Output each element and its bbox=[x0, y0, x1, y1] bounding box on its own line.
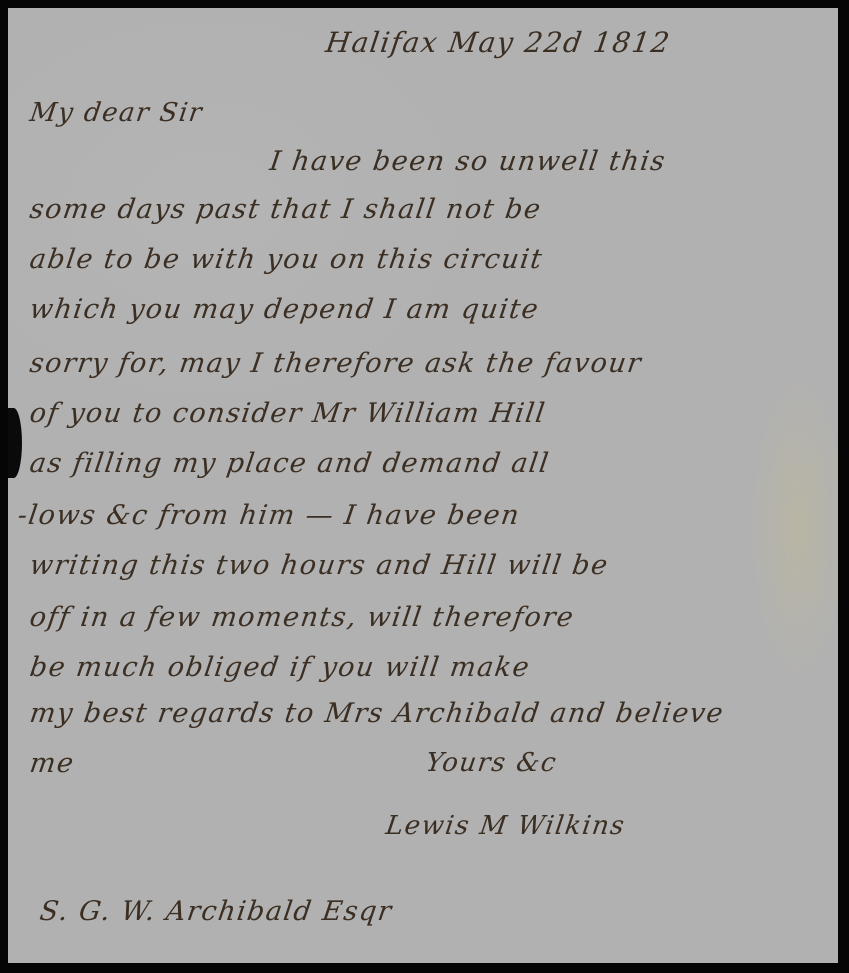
body-line: some days past that I shall not be bbox=[28, 194, 544, 225]
body-line: -lows &c from him — I have been bbox=[16, 500, 522, 531]
body-line: I have been so unwell this bbox=[268, 146, 668, 177]
torn-edge bbox=[8, 408, 22, 478]
salutation: My dear Sir bbox=[28, 98, 205, 128]
body-line: writing this two hours and Hill will be bbox=[28, 550, 611, 581]
body-line: my best regards to Mrs Archibald and bel… bbox=[28, 698, 726, 729]
body-line: which you may depend I am quite bbox=[28, 294, 542, 325]
dateline: Halifax May 22d 1812 bbox=[324, 26, 673, 59]
addressee: S. G. W. Archibald Esqr bbox=[38, 896, 395, 927]
letter-page: Halifax May 22d 1812 My dear Sir I have … bbox=[8, 8, 838, 963]
body-line: of you to consider Mr William Hill bbox=[28, 398, 548, 429]
body-line: be much obliged if you will make bbox=[28, 652, 533, 683]
body-line: able to be with you on this circuit bbox=[28, 244, 545, 275]
body-line: sorry for, may I therefore ask the favou… bbox=[28, 348, 644, 379]
body-line: as filling my place and demand all bbox=[28, 448, 552, 479]
body-line: off in a few moments, will therefore bbox=[28, 602, 577, 633]
closing: Yours &c bbox=[424, 748, 559, 778]
signature: Lewis M Wilkins bbox=[384, 811, 627, 841]
body-line: me bbox=[28, 748, 77, 779]
